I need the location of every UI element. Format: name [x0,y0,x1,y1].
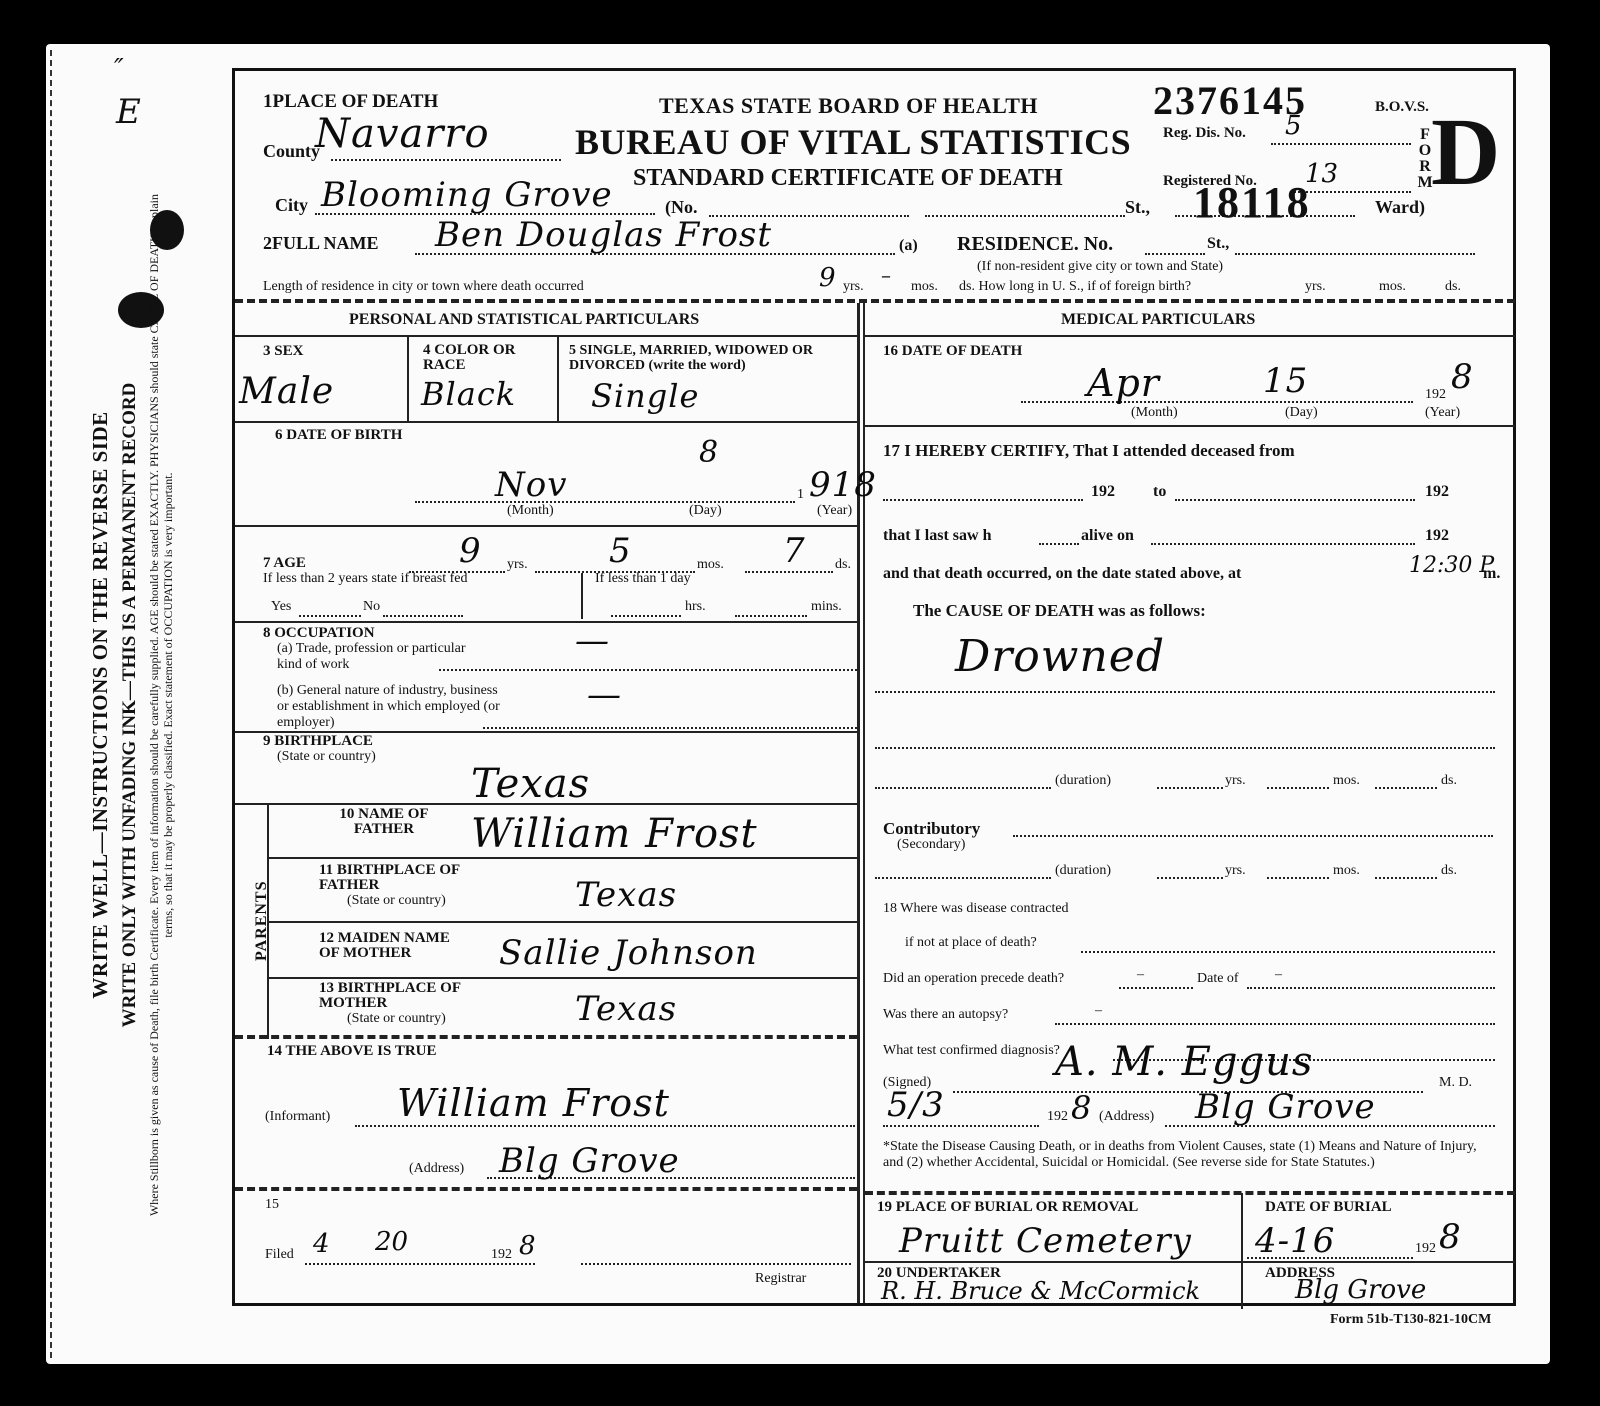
bureau-title: BUREAU OF VITAL STATISTICS [575,121,1131,163]
residence-st-label: St., [1207,235,1229,253]
file-number-stamp: 2376145 [1153,77,1307,124]
length-residence-label: Length of residence in city or town wher… [263,279,584,295]
margin-mark: E [116,92,141,132]
tick-mark: ″ [114,54,124,84]
mother-birthplace-label: 13 BIRTHPLACE OF MOTHER [319,981,469,1011]
race-value: Black [421,375,516,413]
county-label: County [263,141,320,162]
ward-label: Ward) [1375,197,1425,218]
father-birthplace-value: Texas [575,875,677,915]
residence-a-label: (a) [899,237,918,255]
certify-label: 17 I HEREBY CERTIFY, That I attended dec… [883,441,1295,461]
dob-month-value: Nov [495,465,567,505]
side-line-2: WRITE ONLY WITH UNFADING INK—THIS IS A P… [119,383,141,1028]
filed-label: Filed [265,1247,294,1263]
foreign-birth-label: ds. How long in U. S., if of foreign bir… [959,279,1191,295]
burial-date-value: 4-16 [1255,1221,1335,1261]
informant-value: William Frost [397,1081,670,1125]
death-time-value: 12:30 P [1409,553,1494,578]
form-letter-d: D [1431,107,1500,197]
dod-day-value: 15 [1263,361,1308,401]
cause-of-death-label: The CAUSE OF DEATH was as follows: [913,601,1206,621]
reg-dis-label: Reg. Dis. No. [1163,125,1246,142]
burial-place-label: 19 PLACE OF BURIAL OR REMOVAL [877,1199,1138,1216]
side-line-1: WRITE WELL—INSTRUCTIONS ON THE REVERSE S… [88,411,113,998]
breast-fed-label: If less than 2 years state if breast fed [263,571,467,587]
age-mos-value: 5 [609,531,632,571]
full-name-label: 2FULL NAME [263,233,379,254]
board-title: TEXAS STATE BOARD OF HEALTH [659,93,1038,119]
informant-address-label: (Address) [409,1161,464,1177]
father-name-label: 10 NAME OF FATHER [319,807,449,837]
marital-status-label: 5 SINGLE, MARRIED, WIDOWED OR DIVORCED (… [569,343,857,373]
operation-value: – [1137,967,1144,983]
physician-address: Blg Grove [1195,1087,1376,1127]
item-15: 15 [265,1197,279,1213]
filed-day: 20 [375,1227,408,1257]
cause-footnote: *State the Disease Causing Death, or in … [883,1139,1493,1171]
dod-year-value: 8 [1451,357,1474,397]
city-label: City [275,195,308,216]
informant-label: (Informant) [265,1109,330,1125]
residence-note: (If non-resident give city or town and S… [977,259,1223,275]
race-label: 4 COLOR OR RACE [423,343,553,373]
registrar-label: Registrar [755,1271,806,1287]
personal-section-title: PERSONAL AND STATISTICAL PARTICULARS [349,311,699,329]
form-code: Form 51b-T130-821-10CM [1330,1312,1491,1328]
father-birthplace-label: 11 BIRTHPLACE OF FATHER [319,863,469,893]
bovs-label: B.O.V.S. [1375,99,1429,116]
dob-label: 6 DATE OF BIRTH [275,427,402,444]
age-yrs-value: 9 [459,531,482,571]
burial-year-value: 8 [1439,1217,1462,1257]
death-occurred-label: and that death occurred, on the date sta… [883,565,1241,583]
certificate-title: STANDARD CERTIFICATE OF DEATH [633,165,1063,192]
physician-signature: A. M. Eggus [1055,1039,1313,1085]
dob-day-value: 8 [699,435,719,470]
undertaker-value: R. H. Bruce & McCormick [881,1277,1200,1305]
side-instructions-text: Where Stillborn is given as cause of Dea… [147,185,175,1225]
residence-label: RESIDENCE. No. [957,233,1113,256]
city-value: Blooming Grove [321,175,613,215]
contributory-label: Contributory [883,819,980,839]
test-confirmed-label: What test confirmed diagnosis? [883,1043,1060,1059]
occupation-b-label: (b) General nature of industry, business… [277,683,507,731]
place-of-death-label: 1PLACE OF DEATH [263,91,438,113]
undertaker-address-value: Blg Grove [1295,1275,1426,1305]
informant-address-value: Blg Grove [499,1141,680,1181]
length-mos-value: – [881,263,891,287]
occupation-label: 8 OCCUPATION [263,625,375,642]
side-instructions: WRITE WELL—INSTRUCTIONS ON THE REVERSE S… [88,155,228,1255]
filed-year: 8 [519,1231,536,1261]
stamp-number: 18118 [1193,177,1311,228]
above-true-label: 14 THE ABOVE IS TRUE [267,1043,437,1060]
burial-place-value: Pruitt Cemetery [899,1221,1192,1261]
filed-month: 4 [313,1229,330,1259]
sex-value: Male [239,371,334,412]
less-day-label: If less than 1 day [595,571,691,587]
marital-status-value: Single [591,377,699,415]
signed-date: 5/3 [887,1085,945,1125]
mother-name-label: 12 MAIDEN NAME OF MOTHER [319,931,469,961]
length-yrs-value: 9 [819,263,836,293]
disease-contracted-label: 18 Where was disease contracted [883,901,1069,917]
dod-month-value: Apr [1087,361,1160,405]
filed-year-prefix: 192 [491,1247,512,1263]
autopsy-label: Was there an autopsy? [883,1007,1008,1023]
birthplace-label: 9 BIRTHPLACE [263,733,373,750]
autopsy-value: – [1095,1003,1102,1019]
death-certificate-form: 1PLACE OF DEATH TEXAS STATE BOARD OF HEA… [232,68,1516,1306]
last-saw-label: that I last saw h [883,527,991,545]
age-label: 7 AGE [263,555,306,572]
occupation-b-value: — [587,675,622,715]
birthplace-value: Texas [471,761,590,807]
sex-label: 3 SEX [263,343,303,360]
signed-year: 8 [1071,1089,1091,1127]
reg-dis-value: 5 [1285,111,1302,141]
mother-birthplace-value: Texas [575,989,677,1029]
street-label: St., [1125,197,1150,218]
county-value: Navarro [315,111,490,157]
operation-label: Did an operation precede death? [883,971,1064,987]
dob-year-value: 918 [809,465,877,505]
occupation-a-value: — [575,621,610,661]
medical-section-title: MEDICAL PARTICULARS [1061,311,1255,329]
cause-of-death-value: Drowned [955,631,1165,682]
full-name-value: Ben Douglas Frost [435,215,772,255]
dob-year-prefix: 1 [797,487,804,503]
age-ds-value: 7 [783,531,806,571]
father-name-value: William Frost [471,811,758,857]
mother-name-value: Sallie Johnson [499,933,758,973]
date-of-death-label: 16 DATE OF DEATH [883,343,1022,360]
burial-date-label: DATE OF BURIAL [1265,1199,1392,1216]
